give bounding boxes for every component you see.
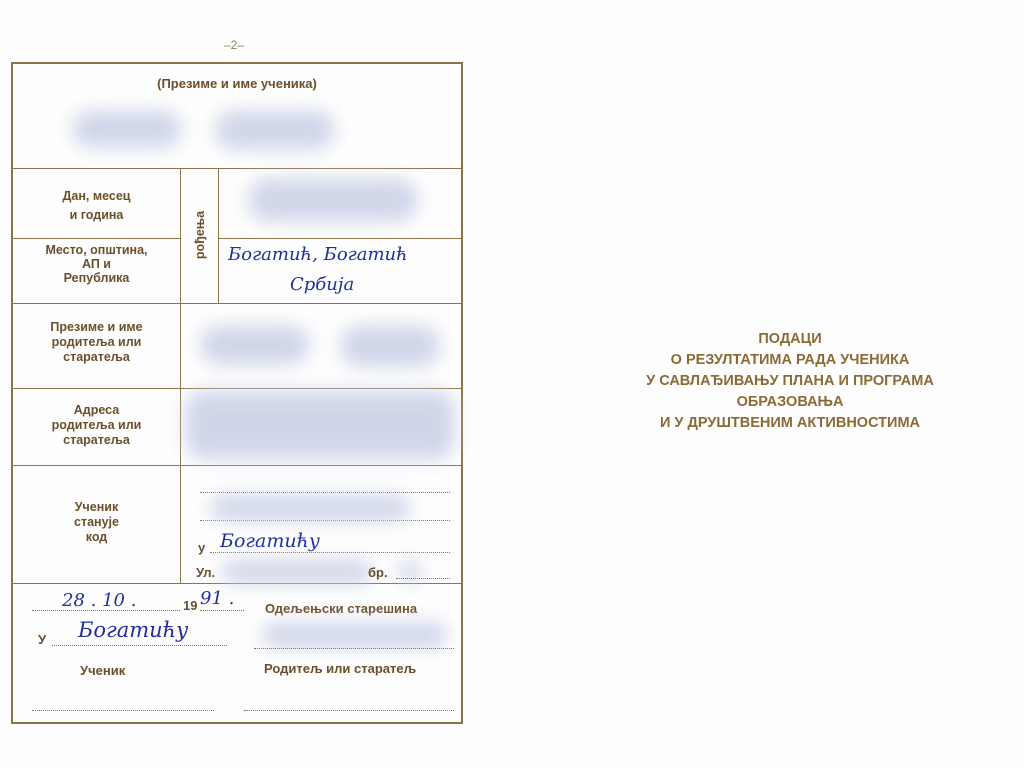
residence-line-1 bbox=[200, 492, 450, 493]
form-border-left bbox=[11, 62, 13, 724]
redacted-birth-date bbox=[248, 178, 418, 222]
heading-line: И У ДРУШТВЕНИМ АКТИВНОСТИМА bbox=[570, 413, 1010, 434]
place-value: Богатићу bbox=[78, 618, 188, 642]
rule bbox=[11, 238, 181, 239]
date-value: 28 . 10 . bbox=[62, 590, 136, 611]
parent-signature-label: Родитељ или старатељ bbox=[264, 661, 416, 676]
section-heading: ПОДАЦИ О РЕЗУЛТАТИМА РАДА УЧЕНИКА У САВЛ… bbox=[570, 329, 1010, 434]
year-prefix: 19 bbox=[183, 598, 197, 613]
heading-line: ОБРАЗОВАЊА bbox=[570, 392, 1010, 413]
residence-line-3 bbox=[210, 552, 450, 553]
student-name-caption: (Презиме и име ученика) bbox=[13, 76, 461, 91]
redacted-parent-name bbox=[200, 325, 310, 365]
col-divider bbox=[180, 168, 181, 583]
form-border-top bbox=[11, 62, 463, 64]
redacted-residence-name bbox=[210, 495, 410, 521]
birth-place-value: Богатић, Богатић bbox=[228, 244, 408, 265]
birth-country-value: Србија bbox=[290, 274, 354, 295]
redacted-parent-name bbox=[340, 325, 440, 367]
residence-in-value: Богатићу bbox=[220, 530, 320, 552]
rule bbox=[218, 238, 463, 239]
residence-street-prefix: Ул. bbox=[196, 565, 215, 580]
heading-line: О РЕЗУЛТАТИМА РАДА УЧЕНИКА bbox=[570, 350, 1010, 371]
year-value: 91 . bbox=[200, 588, 234, 609]
left-page: –2– (Презиме и име ученика) Дан, месец и… bbox=[0, 0, 518, 768]
rule bbox=[11, 388, 463, 389]
rule bbox=[11, 303, 463, 304]
col-divider bbox=[218, 168, 219, 303]
heading-line: ПОДАЦИ bbox=[570, 329, 1010, 350]
birth-date-label: Дан, месец и година bbox=[13, 189, 180, 226]
homeroom-teacher-line bbox=[254, 648, 454, 649]
redacted-parent-address bbox=[185, 390, 455, 460]
redacted-student-name bbox=[72, 110, 182, 148]
heading-line: У САВЛАЂИВАЊУ ПЛАНА И ПРОГРАМА bbox=[570, 371, 1010, 392]
residence-line-4 bbox=[396, 578, 450, 579]
residence-number-prefix: бр. bbox=[368, 565, 388, 580]
redacted-street bbox=[222, 560, 372, 584]
rule bbox=[11, 168, 463, 169]
year-line bbox=[200, 610, 244, 611]
residence-in-prefix: у bbox=[198, 540, 205, 555]
parent-address-label: Адреса родитеља или старатеља bbox=[13, 403, 180, 448]
form-border-bottom bbox=[11, 722, 463, 724]
place-prefix: У bbox=[38, 632, 46, 647]
parent-signature-line bbox=[244, 710, 454, 711]
student-signature-label: Ученик bbox=[80, 663, 125, 678]
form-border-right bbox=[461, 62, 463, 724]
page-number: –2– bbox=[224, 38, 244, 52]
rule bbox=[11, 465, 463, 466]
homeroom-teacher-label: Одељењски старешина bbox=[265, 601, 417, 616]
birth-place-label: Место, општина, АП и Република bbox=[13, 243, 180, 285]
student-signature-line bbox=[32, 710, 214, 711]
redacted-homeroom-teacher bbox=[262, 622, 447, 648]
birth-vertical-label: рођења bbox=[193, 210, 207, 260]
parent-name-label: Презиме и име родитеља или старатеља bbox=[13, 320, 180, 365]
place-line bbox=[52, 645, 227, 646]
residence-label: Ученик станује код bbox=[13, 500, 180, 545]
redacted-student-name bbox=[215, 110, 335, 150]
